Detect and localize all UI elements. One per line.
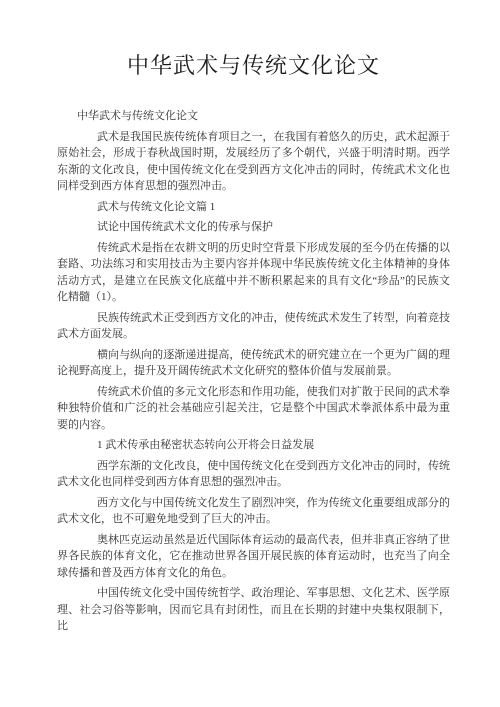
document-subtitle: 中华武术与传统文化论文 [57,108,450,125]
paragraph-value-forms: 传统武术价值的多元文化形态和作用功能，使我们对扩散于民间的武术拳种独特价值和广泛… [57,384,450,434]
paragraph-western-impact: 西学东渐的文化改良，使中国传统文化在受到西方文化冲击的同时，传统武术文化也同样受… [57,458,450,491]
section-heading-essay-title: 试论中国传统武术文化的传承与保护 [57,219,450,236]
document-title: 中华武术与传统文化论文 [57,52,450,80]
document-body: 中华武术与传统文化论文 武术是我国民族传统体育项目之一，在我国有着悠久的历史，武… [57,108,450,635]
section-heading-part1: 武术与传统文化论文篇 1 [57,199,450,216]
paragraph-definition: 传统武术是指在农耕文明的历史时空背景下形成发展的至今仍在传播的以套路、功法练习和… [57,240,450,306]
paragraph-olympics: 奥林匹克运动虽然是近代国际体育运动的最高代表，但并非真正容纳了世界各民族的体育文… [57,532,450,582]
section-heading-1-inheritance: 1 武术传承由秘密状态转向公开将会日益发展 [57,437,450,454]
paragraph-research-scope: 横向与纵向的逐渐递进提高，使传统武术的研究建立在一个更为广阔的理论视野高度上，提… [57,347,450,380]
document-page: 中华武术与传统文化论文 中华武术与传统文化论文 武术是我国民族传统体育项目之一，… [0,0,500,707]
paragraph-traditional-culture-influence: 中国传统文化受中国传统哲学、政治理论、军事思想、文化艺术、医学原理、社会习俗等影… [57,585,450,635]
paragraph-culture-conflict: 西方文化与中国传统文化发生了剧烈冲突，作为传统文化重要组成部分的武术文化，也不可… [57,495,450,528]
paragraph-transformation: 民族传统武术正受到西方文化的冲击，使传统武术发生了转型，向着竞技武术方面发展。 [57,310,450,343]
paragraph-intro: 武术是我国民族传统体育项目之一，在我国有着悠久的历史，武术起源于原始社会，形成于… [57,129,450,195]
